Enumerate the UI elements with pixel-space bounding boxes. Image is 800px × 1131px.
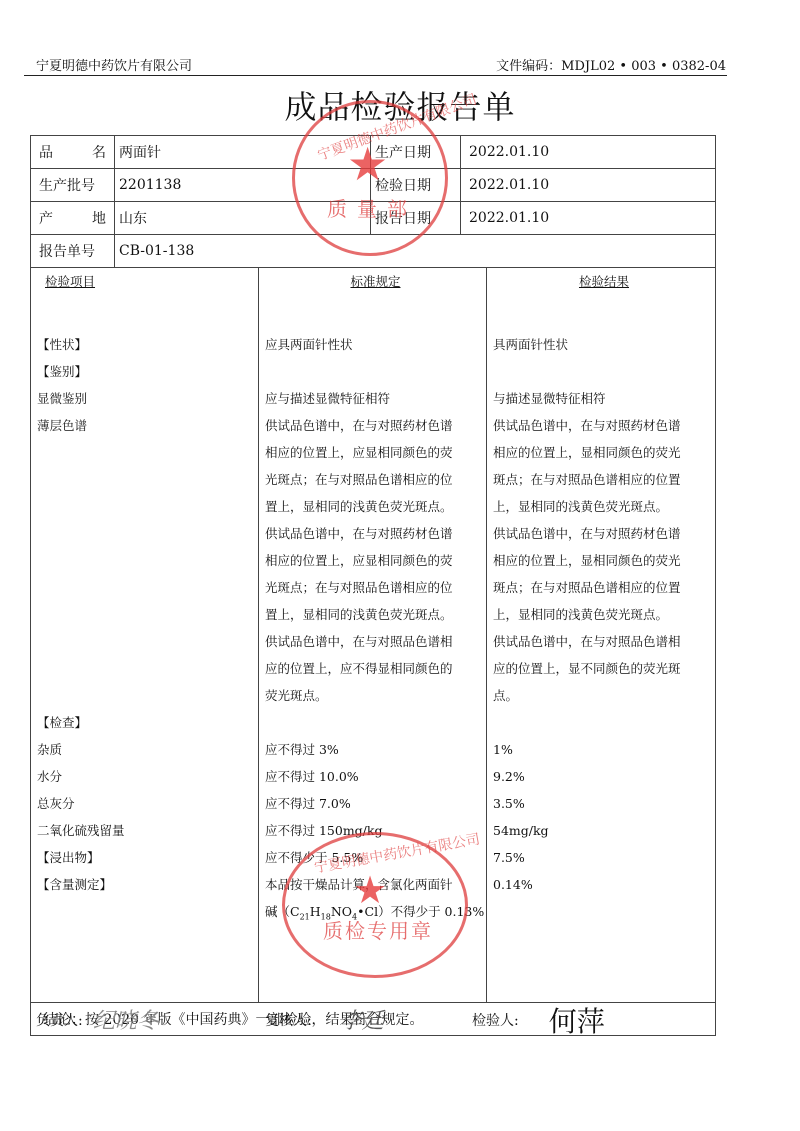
reviewer-label: 复核人: [265,1010,312,1030]
text-line: 应的位置上，应不得显相同颜色的 [265,655,481,682]
report-no-label: 报告单号 [31,235,115,267]
page-title: 成品检验报告单 [0,82,800,128]
standard-so2: 应不得过 150mg/kg [265,817,486,844]
info-row-product: 品 名 两面针 生产日期 2022.01.10 [31,136,715,169]
result-assay: 0.14% [493,871,715,898]
text-line: 相应的位置上，显相同颜色的荧光 [493,547,709,574]
item-extract: 【浸出物】 [37,844,258,871]
inspection-date-value: 2022.01.10 [461,169,715,201]
label-char: 产 [39,208,53,228]
info-row-origin: 产 地 山东 报告日期 2022.01.10 [31,202,715,235]
item-microscopic: 显微鉴别 [37,385,258,412]
text-line: 置上，显相同的浅黄色荧光斑点。 [265,601,481,628]
column-standards: 标准规定 应具两面针性状 应与描述显微特征相符 供试品色谱中，在与对照药材色谱相… [259,268,487,1002]
standard-tlc: 供试品色谱中，在与对照药材色谱相应的位置上，应显相同颜色的荧光斑点；在与对照品色… [265,412,481,709]
text-line: 上，显相同的浅黄色荧光斑点。 [493,493,709,520]
reviewer-signature: 复核人: 李廷 [265,1010,384,1035]
text-line: 光斑点；在与对照品色谱相应的位 [265,466,481,493]
origin-label: 产 地 [31,202,115,234]
document-code: 文件编码：MDJL02 • 003 • 0382-04 [496,55,726,74]
label-char: 品 [39,142,53,162]
responsible-handwriting: 纪晓冬 [93,1004,159,1035]
info-row-report-no: 报告单号 CB-01-138 [31,235,715,268]
text-line: 供试品色谱中，在与对照药材色谱 [265,520,481,547]
result-appearance: 具两面针性状 [493,331,715,358]
production-date-label: 生产日期 [371,136,461,168]
reviewer-handwriting: 李廷 [340,1004,384,1035]
item-tlc: 薄层色谱 [37,412,258,439]
text-line: 供试品色谱中，在与对照药材色谱 [493,520,709,547]
item-so2: 二氧化硫残留量 [37,817,258,844]
text-line: 光斑点；在与对照品色谱相应的位 [265,574,481,601]
item-identification: 【鉴别】 [37,358,258,385]
text-line: 供试品色谱中，在与对照药材色谱 [265,412,481,439]
text-line: 斑点；在与对照品色谱相应的位置 [493,466,709,493]
header-divider [24,75,727,76]
report-date-value: 2022.01.10 [461,202,715,234]
text-line: 相应的位置上，显相同颜色的荧光 [493,439,709,466]
product-name-value: 两面针 [115,136,371,168]
responsible-label: 负责人: [36,1010,83,1030]
inspector-label: 检验人: [472,1010,519,1030]
label-char: 名 [92,142,106,162]
inspection-date-label: 检验日期 [371,169,461,201]
report-date-label: 报告日期 [371,202,461,234]
text-line: 供试品色谱中，在与对照品色谱相 [493,628,709,655]
result-extract: 7.5% [493,844,715,871]
result-so2: 54mg/kg [493,817,715,844]
test-results-body: 检验项目 【性状】 【鉴别】 显微鉴别 薄层色谱 【检查】 杂质 水分 总灰分 … [31,268,715,1003]
standard-appearance: 应具两面针性状 [265,331,486,358]
result-impurity: 1% [493,736,715,763]
text-line: 上，显相同的浅黄色荧光斑点。 [493,601,709,628]
text-line: 相应的位置上，应显相同颜色的荧 [265,439,481,466]
standard-extract: 应不得少于 5.5% [265,844,486,871]
column-header-standard: 标准规定 [265,268,486,304]
text-line: 供试品色谱中，在与对照品色谱相 [265,628,481,655]
text-line: 置上，显相同的浅黄色荧光斑点。 [265,493,481,520]
result-tlc: 供试品色谱中，在与对照药材色谱相应的位置上，显相同颜色的荧光斑点；在与对照品色谱… [493,412,709,709]
item-impurity: 杂质 [37,736,258,763]
product-name-label: 品 名 [31,136,115,168]
report-table: 品 名 两面针 生产日期 2022.01.10 生产批号 2201138 检验日… [30,135,716,1036]
report-no-value: CB-01-138 [115,235,715,267]
column-results: 检验结果 具两面针性状 与描述显微特征相符 供试品色谱中，在与对照药材色谱相应的… [487,268,715,1002]
text-line: 点。 [493,682,709,709]
batch-label: 生产批号 [31,169,115,201]
item-total-ash: 总灰分 [37,790,258,817]
column-test-items: 检验项目 【性状】 【鉴别】 显微鉴别 薄层色谱 【检查】 杂质 水分 总灰分 … [31,268,259,1002]
text-line: 荧光斑点。 [265,682,481,709]
production-date-value: 2022.01.10 [461,136,715,168]
result-microscopic: 与描述显微特征相符 [493,385,715,412]
text-line: 斑点；在与对照品色谱相应的位置 [493,574,709,601]
standard-impurity: 应不得过 3% [265,736,486,763]
label-char: 地 [92,208,106,228]
column-header-item: 检验项目 [37,268,258,304]
item-check: 【检查】 [37,709,258,736]
standard-moisture: 应不得过 10.0% [265,763,486,790]
standard-microscopic: 应与描述显微特征相符 [265,385,486,412]
origin-value: 山东 [115,202,371,234]
column-header-result: 检验结果 [493,268,715,304]
inspector-signature: 检验人: 何萍 [472,1010,605,1040]
text-line: 应的位置上，显不同颜色的荧光斑 [493,655,709,682]
result-total-ash: 3.5% [493,790,715,817]
text-line: 相应的位置上，应显相同颜色的荧 [265,547,481,574]
standard-total-ash: 应不得过 7.0% [265,790,486,817]
item-assay: 【含量测定】 [37,871,258,898]
standard-assay-line1: 本品按干燥品计算，含氯化两面针 [265,871,486,898]
item-moisture: 水分 [37,763,258,790]
inspector-handwriting: 何萍 [549,1000,605,1040]
batch-value: 2201138 [115,169,371,201]
text-line: 供试品色谱中，在与对照药材色谱 [493,412,709,439]
standard-assay-line2: 碱（C21H18NO4•Cl）不得少于 0.13% [265,898,486,925]
item-appearance: 【性状】 [37,331,258,358]
responsible-signature: 负责人: 纪晓冬 [36,1010,159,1035]
info-row-batch: 生产批号 2201138 检验日期 2022.01.10 [31,169,715,202]
company-name: 宁夏明德中药饮片有限公司 [36,55,192,74]
result-moisture: 9.2% [493,763,715,790]
